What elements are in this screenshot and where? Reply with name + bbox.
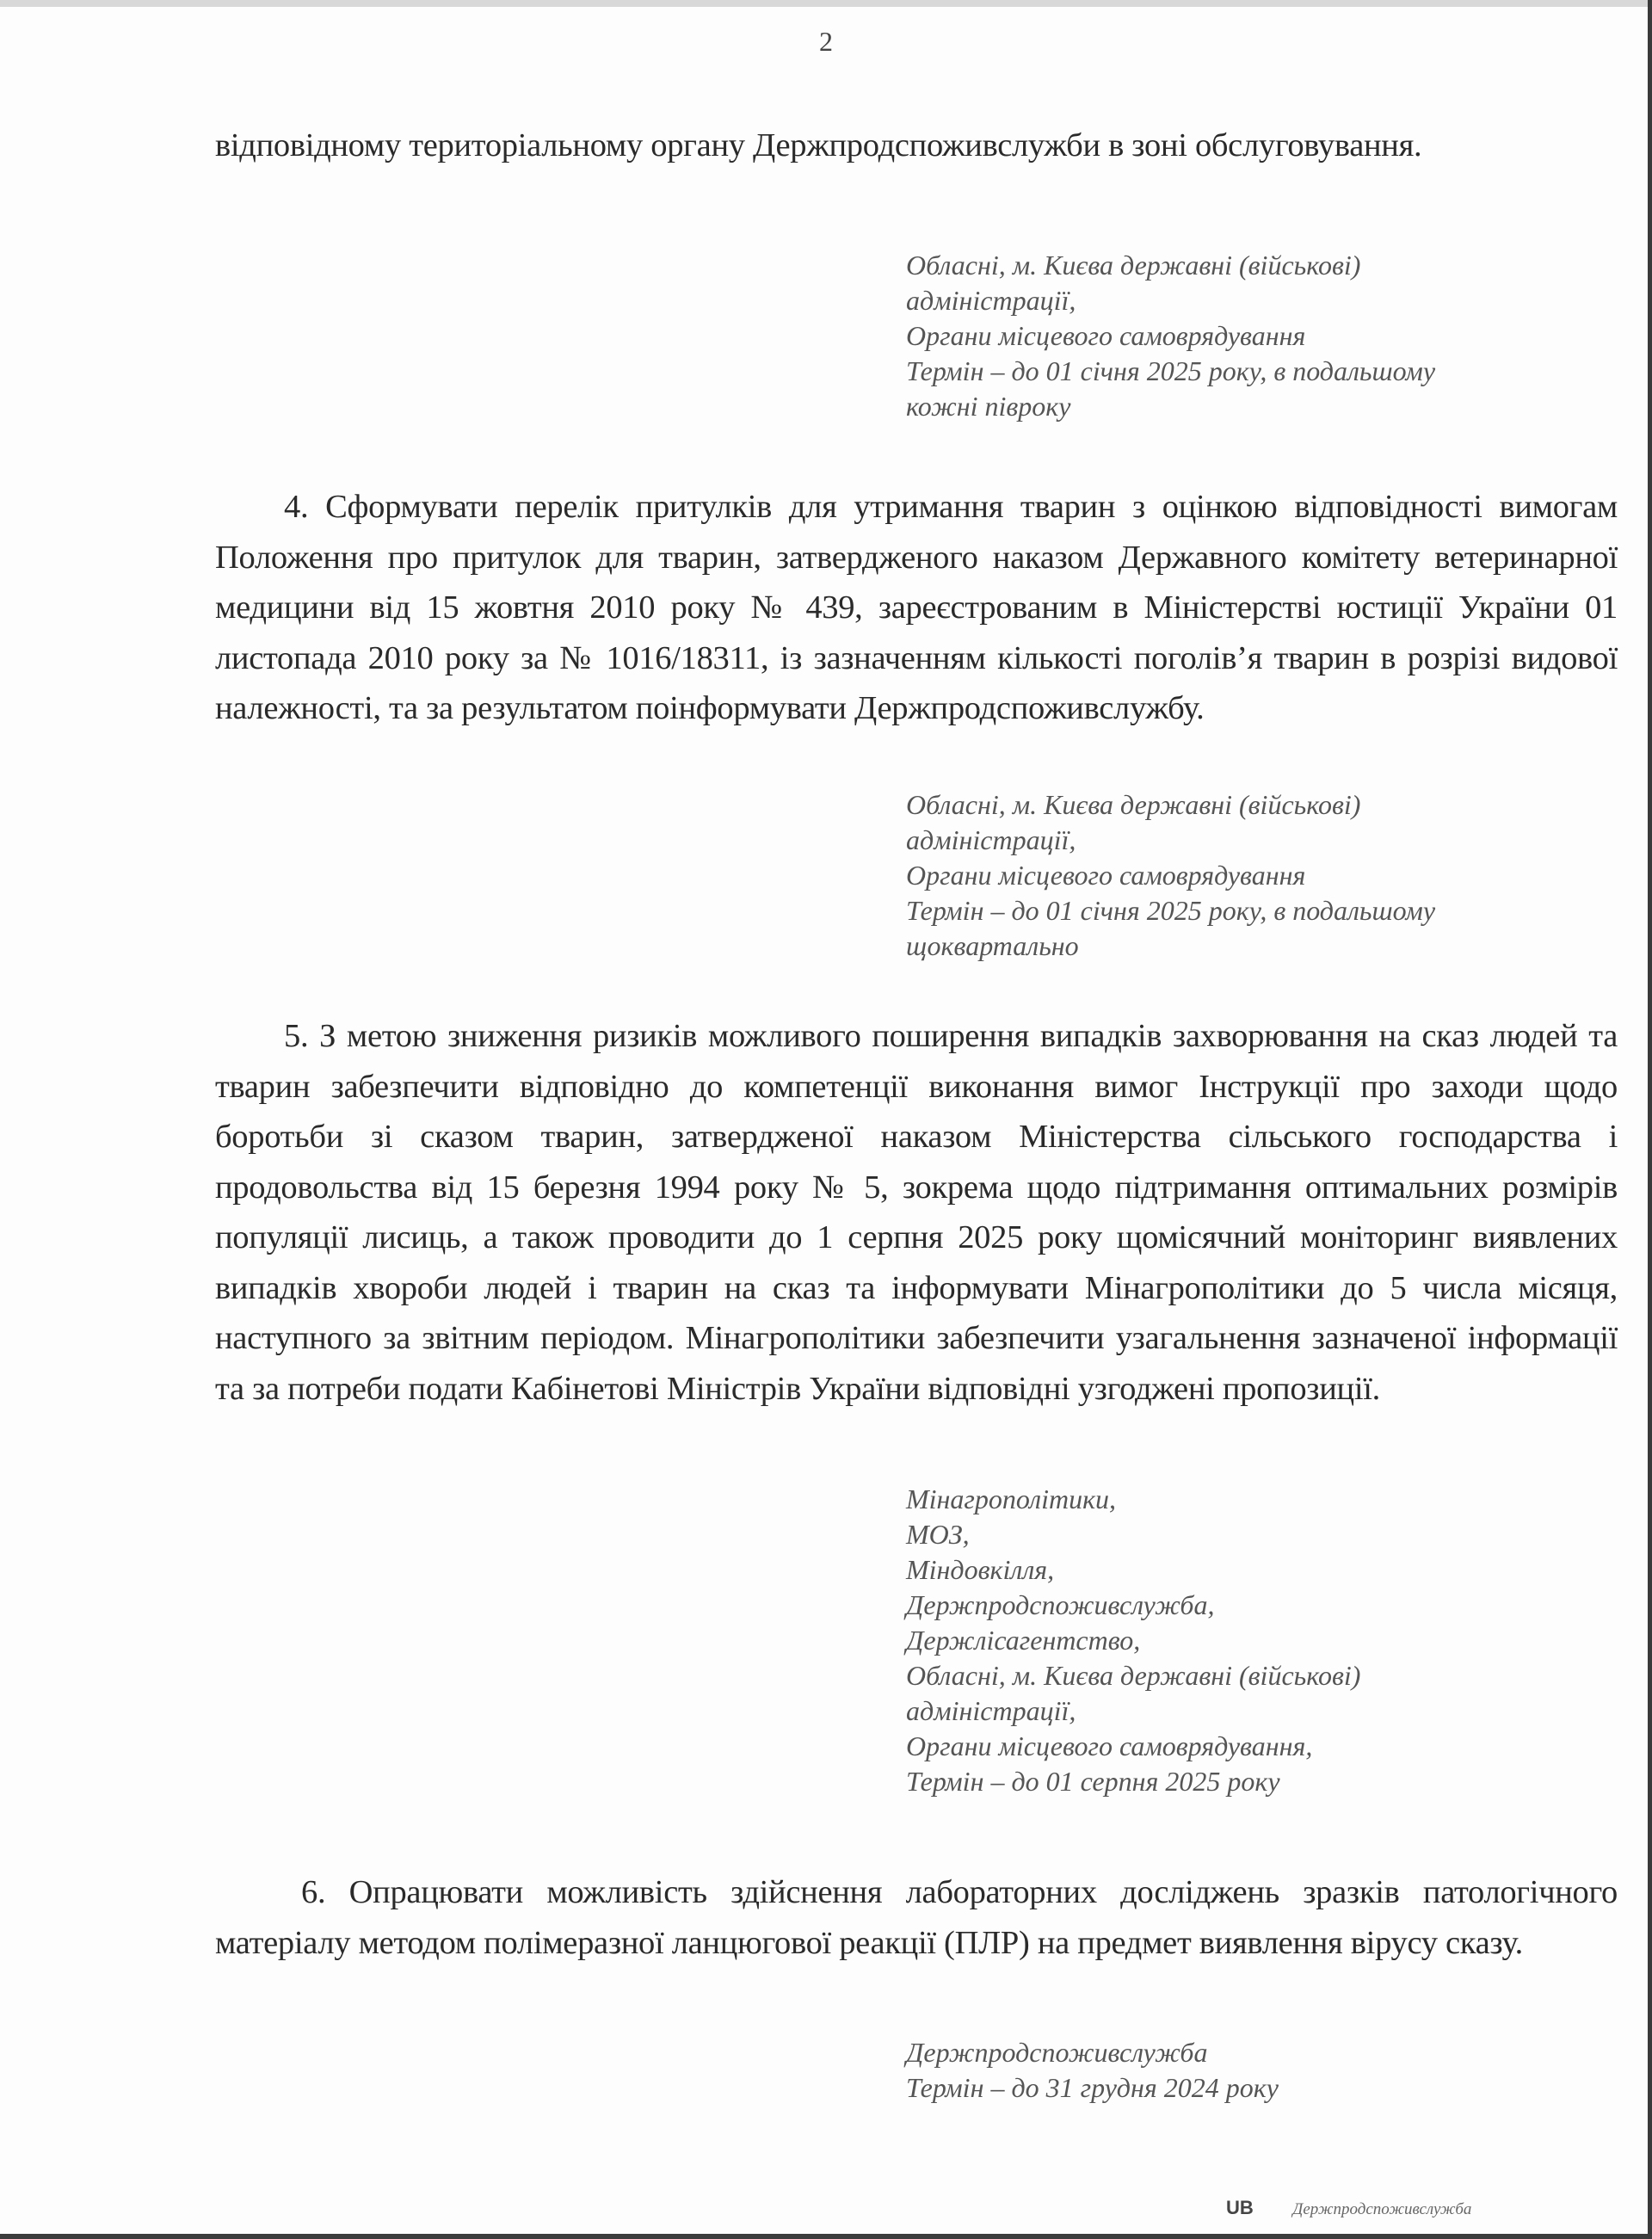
- intro-paragraph: відповідному територіальному органу Держ…: [215, 120, 1618, 171]
- item-4-paragraph: 4. Сформувати перелік притулків для утри…: [215, 482, 1618, 734]
- signoff-line: Термін – до 31 грудня 2024 року: [906, 2070, 1594, 2106]
- page-right-border: [1648, 0, 1652, 2239]
- signoff-line: Термін – до 01 серпня 2025 року: [906, 1764, 1594, 1799]
- item-text: Сформувати перелік притулків для утриман…: [215, 489, 1618, 726]
- item-6-paragraph: 6. Опрацювати можливість здійснення лабо…: [215, 1867, 1618, 1968]
- page-bottom-edge: [0, 2234, 1652, 2239]
- signoff-line: Держлісагентство,: [906, 1623, 1594, 1658]
- signoff-line: Міндовкілля,: [906, 1552, 1594, 1588]
- item-text: Опрацювати можливість здійснення лаборат…: [215, 1874, 1618, 1961]
- signoff-block-1: Обласні, м. Києва державні (військові) а…: [906, 248, 1594, 424]
- signoff-line: адміністрації,: [906, 1693, 1594, 1729]
- signoff-line: Обласні, м. Києва державні (військові): [906, 248, 1594, 283]
- item-5-paragraph: 5. З метою зниження ризиків можливого по…: [215, 1011, 1618, 1414]
- signoff-line: Органи місцевого самоврядування: [906, 858, 1594, 893]
- signoff-line: щоквартально: [906, 928, 1594, 964]
- signoff-block-4: Держпродспоживслужба Термін – до 31 груд…: [906, 2035, 1594, 2106]
- item-text: З метою зниження ризиків можливого пошир…: [215, 1018, 1618, 1407]
- signoff-line: Органи місцевого самоврядування: [906, 318, 1594, 354]
- signoff-line: Обласні, м. Києва державні (військові): [906, 1658, 1594, 1693]
- footer-code: UB: [1226, 2197, 1254, 2218]
- signoff-block-2: Обласні, м. Києва державні (військові) а…: [906, 787, 1594, 964]
- signoff-line: Держпродспоживслужба: [906, 2035, 1594, 2070]
- item-number: 6.: [301, 1874, 325, 1910]
- footer-org: Держпродспоживслужба: [1292, 2200, 1471, 2218]
- signoff-line: Обласні, м. Києва державні (військові): [906, 787, 1594, 823]
- signoff-line: адміністрації,: [906, 283, 1594, 318]
- page-number: 2: [0, 26, 1652, 58]
- signoff-block-3: Мінагрополітики, МОЗ, Міндовкілля, Держп…: [906, 1482, 1594, 1799]
- item-number: 4.: [284, 489, 308, 525]
- signoff-line: Органи місцевого самоврядування,: [906, 1729, 1594, 1764]
- item-number: 5.: [284, 1018, 308, 1054]
- signoff-line: МОЗ,: [906, 1517, 1594, 1552]
- signoff-line: кожні півроку: [906, 389, 1594, 424]
- signoff-line: Термін – до 01 січня 2025 року, в подаль…: [906, 354, 1594, 389]
- signoff-line: Держпродспоживслужба,: [906, 1588, 1594, 1623]
- page-footer: UB Держпродспоживслужба: [1226, 2197, 1471, 2219]
- signoff-line: адміністрації,: [906, 823, 1594, 858]
- signoff-line: Мінагрополітики,: [906, 1482, 1594, 1517]
- page-top-edge: [0, 0, 1652, 7]
- signoff-line: Термін – до 01 січня 2025 року, в подаль…: [906, 893, 1594, 928]
